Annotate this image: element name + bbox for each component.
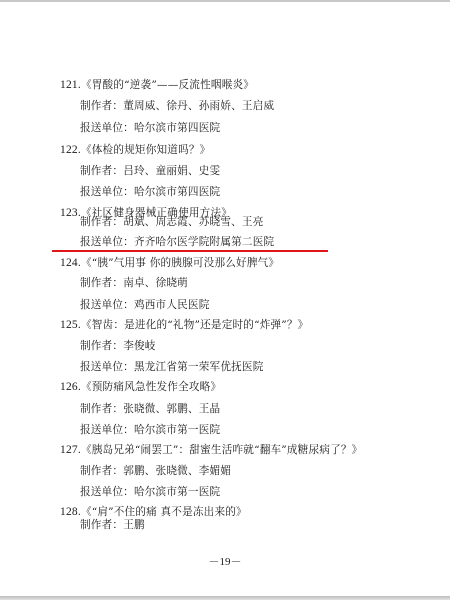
makers-label: 制作者： [80, 216, 123, 228]
entry-title-text: 《“肩”不住的痛 真不是冻出来的》 [81, 506, 247, 518]
entry-title: 124.《“胰”气用事 你的胰腺可没那么好脾气》 [60, 256, 279, 270]
makers-value: 张晓微、郭鹏、王晶 [123, 403, 220, 415]
unit-label: 报送单位： [80, 361, 134, 373]
entry-title-text: 《智齿：是进化的“礼物”还是定时的“炸弹”？》 [81, 319, 309, 331]
entry-number: 122. [60, 144, 81, 156]
unit-value: 哈尔滨市第四医院 [134, 186, 220, 198]
unit-value: 哈尔滨市第一医院 [134, 486, 220, 498]
entry-number: 126. [60, 381, 81, 393]
makers-value: 李俊岐 [123, 340, 155, 352]
unit-label: 报送单位： [80, 299, 134, 311]
makers-label: 制作者： [80, 465, 123, 477]
entry-title: 121.《胃酸的“逆袭”——反流性咽喉炎》 [60, 78, 254, 92]
entry-title-text: 《胰岛兄弟“闹罢工”：甜蜜生活咋就“翻车”成糖尿病了？》 [81, 444, 363, 456]
entry-makers: 制作者：胡斌、周志霞、苏晓雪、王亮 [80, 215, 264, 229]
makers-value: 吕玲、童丽娟、史雯 [123, 165, 220, 177]
entry-makers: 制作者：李俊岐 [80, 339, 156, 353]
entry-makers: 制作者：南卓、徐晓萌 [80, 276, 188, 290]
entry-makers: 制作者：吕玲、童丽娟、史雯 [80, 164, 220, 178]
entry-unit: 报送单位：鸡西市人民医院 [80, 298, 210, 312]
entry-number: 124. [60, 257, 81, 269]
entry-unit: 报送单位：哈尔滨市第一医院 [80, 485, 220, 499]
entry-unit: 报送单位：齐齐哈尔医学院附属第二医院 [80, 235, 274, 249]
makers-label: 制作者： [80, 519, 123, 531]
entry-unit: 报送单位：哈尔滨市第四医院 [80, 185, 220, 199]
makers-value: 南卓、徐晓萌 [123, 277, 188, 289]
entry-title-text: 《“胰”气用事 你的胰腺可没那么好脾气》 [81, 257, 279, 269]
entry-title-text: 《预防痛风急性发作全攻略》 [81, 381, 221, 393]
makers-label: 制作者： [80, 100, 123, 112]
unit-label: 报送单位： [80, 236, 134, 248]
entry-unit: 报送单位：哈尔滨市第一医院 [80, 423, 220, 437]
unit-value: 齐齐哈尔医学院附属第二医院 [134, 236, 274, 248]
unit-label: 报送单位： [80, 122, 134, 134]
scan-edge-bottom [0, 596, 450, 600]
unit-value: 黑龙江省第一荣军优抚医院 [134, 361, 264, 373]
makers-value: 董周威、徐丹、孙雨娇、王启威 [123, 100, 274, 112]
entry-makers: 制作者：郭鹏、张晓微、李媚媚 [80, 464, 231, 478]
entry-number: 125. [60, 319, 81, 331]
makers-value: 胡斌、周志霞、苏晓雪、王亮 [123, 216, 263, 228]
unit-value: 哈尔滨市第四医院 [134, 122, 220, 134]
unit-label: 报送单位： [80, 424, 134, 436]
makers-label: 制作者： [80, 403, 123, 415]
document-page: 121.《胃酸的“逆袭”——反流性咽喉炎》 制作者：董周威、徐丹、孙雨娇、王启威… [0, 0, 450, 600]
red-highlight-underline [52, 250, 328, 252]
entry-unit: 报送单位：哈尔滨市第四医院 [80, 121, 220, 135]
unit-label: 报送单位： [80, 186, 134, 198]
entry-number: 128. [60, 506, 81, 518]
makers-label: 制作者： [80, 277, 123, 289]
makers-value: 郭鹏、张晓微、李媚媚 [123, 465, 231, 477]
entry-title: 125.《智齿：是进化的“礼物”还是定时的“炸弹”？》 [60, 318, 308, 332]
entry-title: 122.《体检的规矩你知道吗？》 [60, 143, 210, 157]
entry-title: 127.《胰岛兄弟“闹罢工”：甜蜜生活咋就“翻车”成糖尿病了？》 [60, 443, 362, 457]
unit-label: 报送单位： [80, 486, 134, 498]
entry-makers: 制作者：王鹏 [80, 518, 145, 532]
entry-title-text: 《体检的规矩你知道吗？》 [81, 144, 211, 156]
makers-label: 制作者： [80, 340, 123, 352]
entry-makers: 制作者：张晓微、郭鹏、王晶 [80, 402, 220, 416]
entry-makers: 制作者：董周威、徐丹、孙雨娇、王启威 [80, 99, 274, 113]
makers-label: 制作者： [80, 165, 123, 177]
entry-unit: 报送单位：黑龙江省第一荣军优抚医院 [80, 360, 264, 374]
entry-title: 128.《“肩”不住的痛 真不是冻出来的》 [60, 505, 247, 519]
unit-value: 哈尔滨市第一医院 [134, 424, 220, 436]
entry-title-text: 《胃酸的“逆袭”——反流性咽喉炎》 [81, 79, 254, 91]
entry-number: 121. [60, 79, 81, 91]
page-number: －19－ [0, 553, 450, 569]
entry-title: 126.《预防痛风急性发作全攻略》 [60, 380, 221, 394]
unit-value: 鸡西市人民医院 [134, 299, 210, 311]
entry-number: 127. [60, 444, 81, 456]
makers-value: 王鹏 [123, 519, 145, 531]
entry-number: 123. [60, 207, 81, 219]
